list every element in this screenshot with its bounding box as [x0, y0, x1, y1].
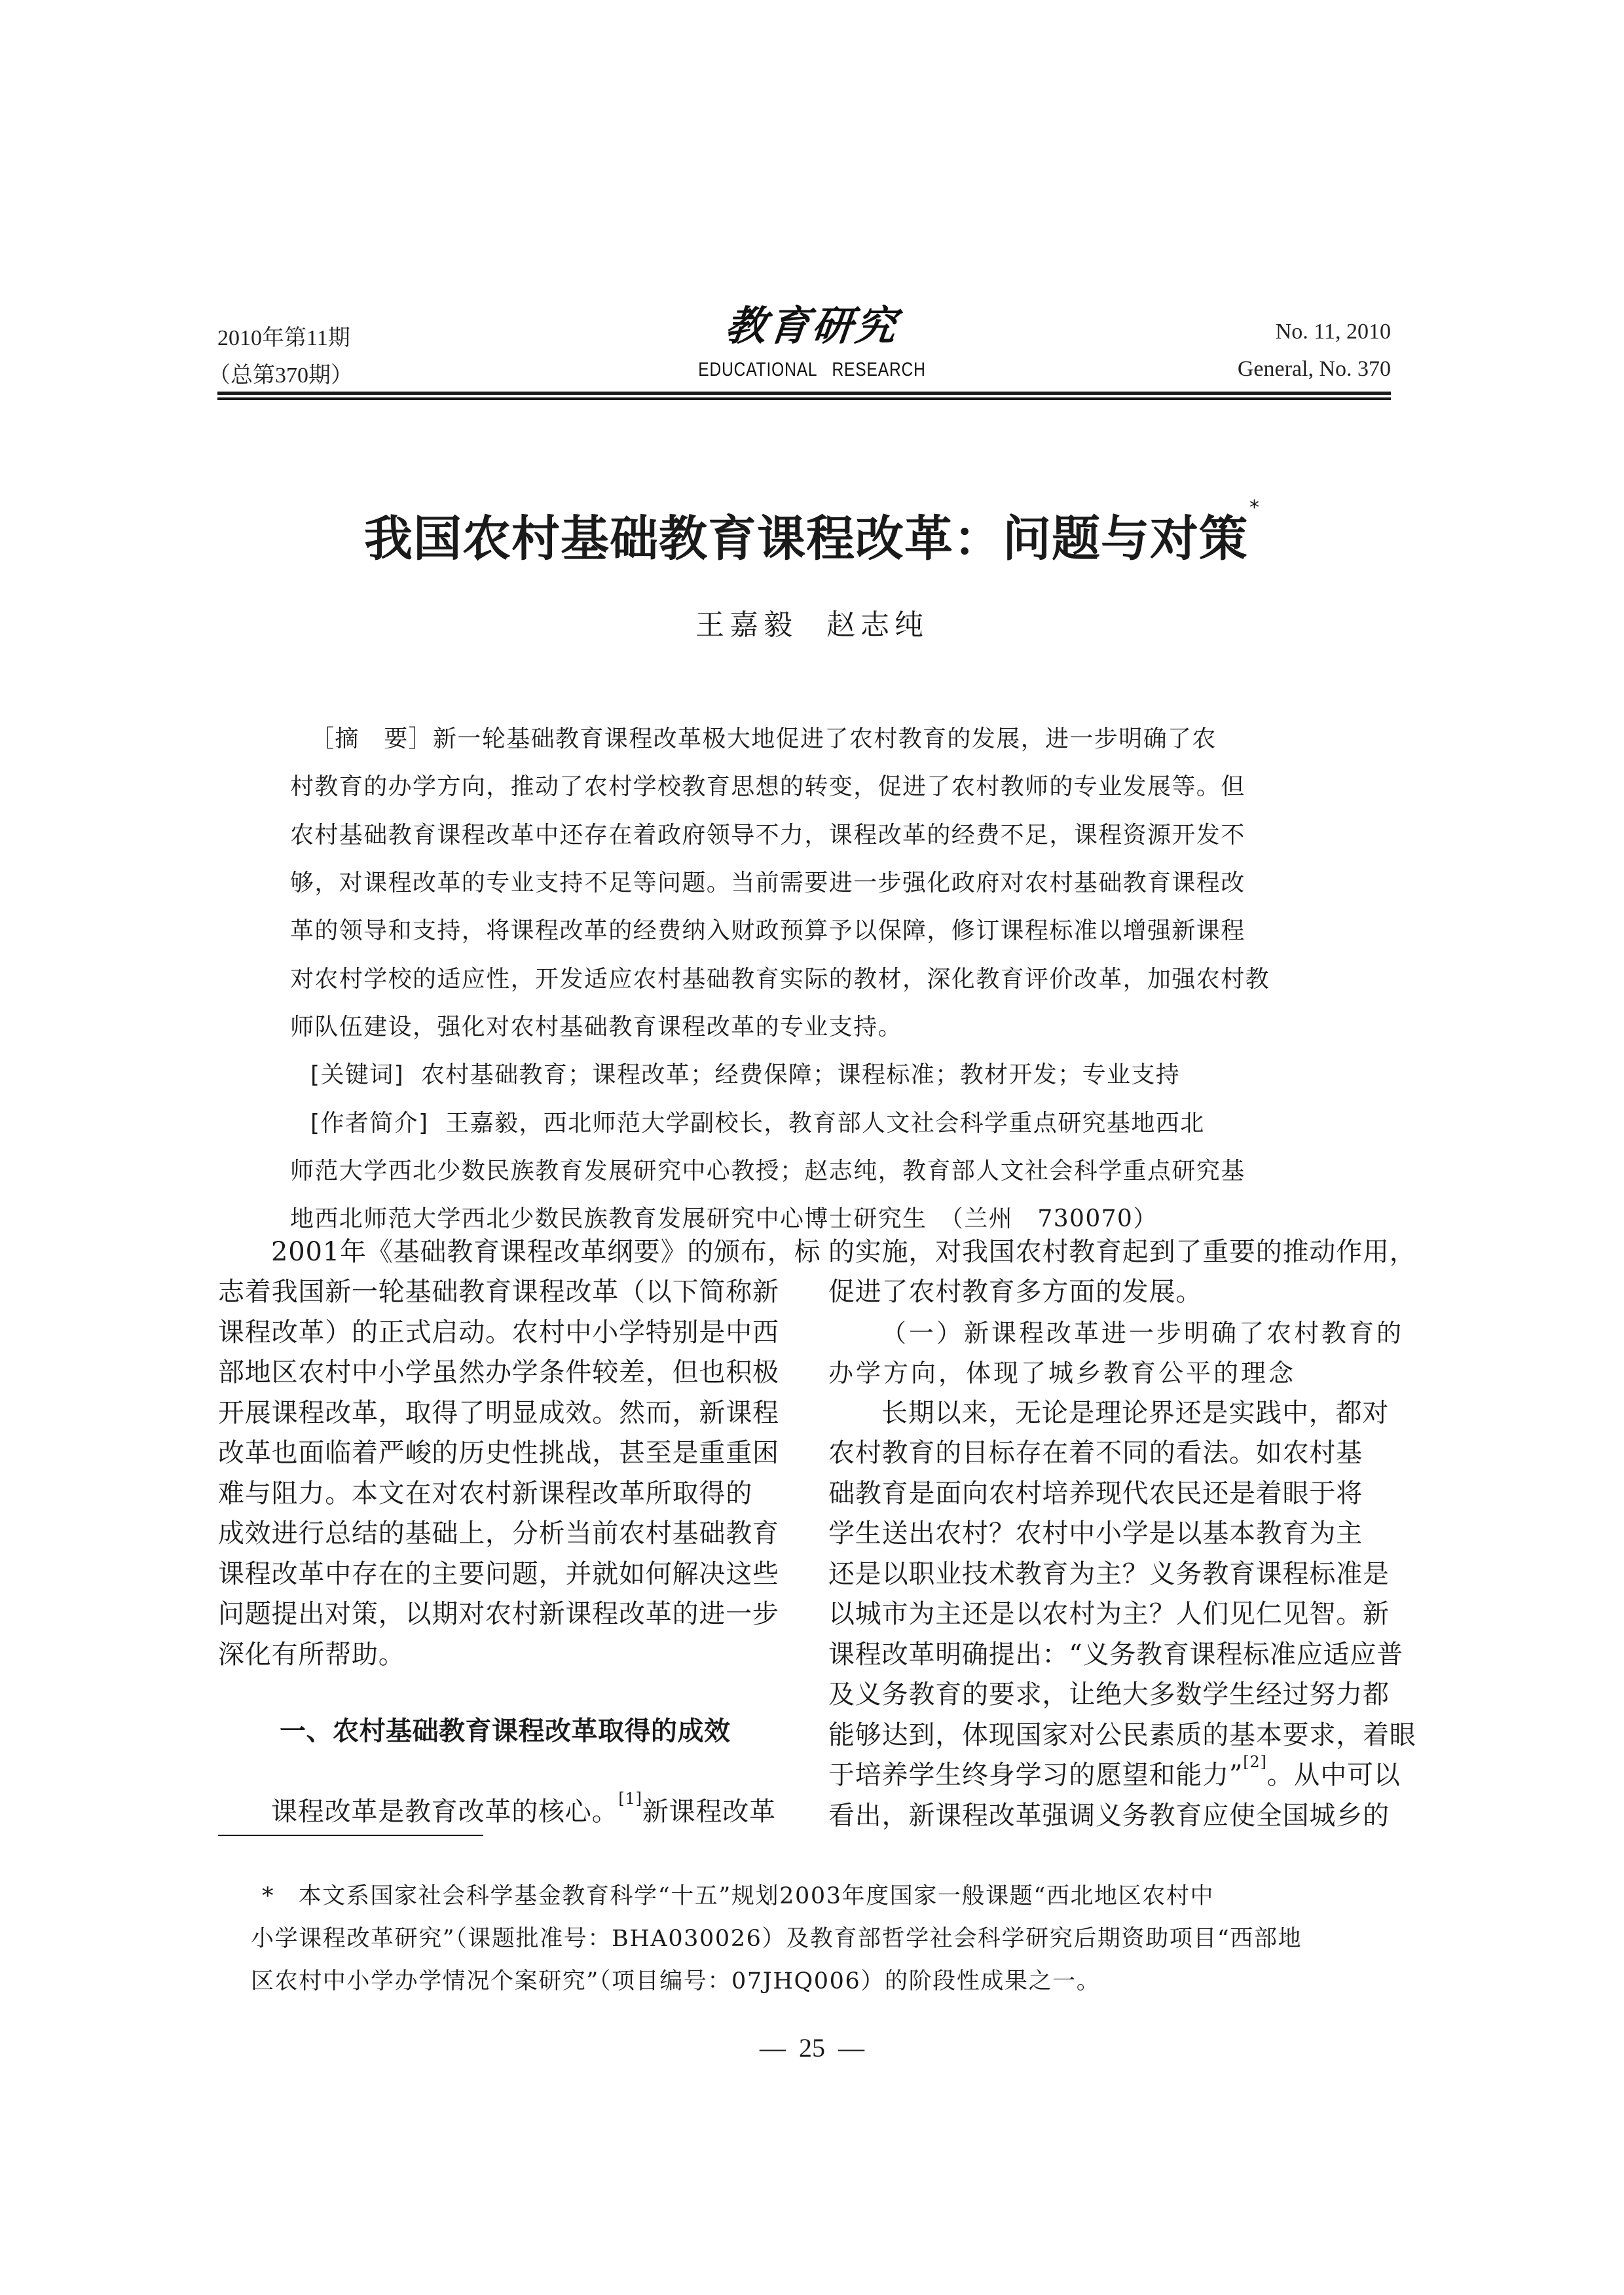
body-text: 于培养学生终身学习的愿望和能力” — [828, 1760, 1243, 1790]
body-line: 能够达到，体现国家对公民素质的基本要求，着眼 — [828, 1714, 1416, 1752]
body-line: 看出，新课程改革强调义务教育应使全国城乡的 — [828, 1795, 1390, 1832]
body-line: 课程改革）的正式启动。农村中小学特别是中西 — [218, 1312, 779, 1349]
citation-ref-1[interactable]: [1] — [618, 1790, 642, 1808]
body-text: 。从中可以 — [1267, 1760, 1401, 1790]
journal-logo: 教育研究 — [655, 303, 969, 350]
header-rule-bottom — [217, 397, 1391, 400]
author-intro-text: 王嘉毅，西北师范大学副校长，教育部人文社会科学重点研究基地西北 — [445, 1110, 1204, 1137]
abstract-text: 新一轮基础教育课程改革极大地促进了农村教育的发展，进一步明确了农 — [433, 725, 1217, 752]
title-footnote-mark: * — [1249, 496, 1260, 519]
body-line: 及义务教育的要求，让绝大多数学生经过努力都 — [828, 1674, 1390, 1711]
footnote-line: 区农村中小学办学情况个案研究”（项目编号：07JHQ006）的阶段性成果之一。 — [251, 1963, 1100, 1996]
body-line: 以城市为主还是以农村为主？人们见仁见智。新 — [828, 1593, 1390, 1630]
subheading-line: 办学方向，体现了城乡教育公平的理念 — [828, 1353, 1296, 1389]
journal-logo-cn: 教育研究 — [652, 303, 972, 350]
body-line: 成效进行总结的基础上，分析当前农村基础教育 — [218, 1513, 779, 1550]
body-line: 还是以职业技术教育为主？义务教育课程标准是 — [828, 1553, 1390, 1590]
keywords-line: [关键词] 农村基础教育；课程改革；经费保障；课程标准；教材开发；专业支持 — [310, 1056, 1180, 1090]
body-line: 开展课程改革，取得了明显成效。然而，新课程 — [218, 1392, 779, 1429]
body-line: 课程改革明确提出：“义务教育课程标准应适应普 — [828, 1634, 1403, 1671]
author-intro-line: 师范大学西北少数民族教育发展研究中心教授；赵志纯，教育部人文社会科学重点研究基 — [290, 1152, 1246, 1186]
body-line: 改革也面临着严峻的历史性挑战，甚至是重重困 — [218, 1432, 779, 1469]
author-intro-label: [作者简介] — [310, 1110, 429, 1137]
section-heading-1: 一、农村基础教育课程改革取得的成效 — [280, 1710, 731, 1748]
total-issue-label-en: General, No. 370 — [1238, 357, 1391, 382]
citation-ref-2[interactable]: [2] — [1243, 1753, 1266, 1771]
abstract-line: 农村基础教育课程改革中还存在着政府领导不力，课程改革的经费不足，课程资源开发不 — [290, 817, 1246, 850]
issue-label-cn: 2010年第11期 — [217, 320, 350, 352]
body-line: 础教育是面向农村培养现代农民还是着眼于将 — [828, 1473, 1363, 1510]
subheading-line: （一）新课程改革进一步明确了农村教育的 — [881, 1313, 1404, 1349]
body-line: 志着我国新一轮基础教育课程改革（以下简称新 — [218, 1271, 779, 1308]
keywords-label: [关键词] — [310, 1061, 404, 1088]
footnote-separator — [218, 1835, 483, 1836]
header-rule-top — [217, 392, 1391, 395]
abstract-line: 革的领导和支持，将课程改革的经费纳入财政预算予以保障，修订课程标准以增强新课程 — [290, 912, 1246, 946]
body-line: 问题提出对策，以期对农村新课程改革的进一步 — [218, 1593, 779, 1630]
body-line: 的实施，对我国农村教育起到了重要的推动作用， — [828, 1231, 1416, 1268]
journal-logo-en: EDUCATIONAL RESEARCH — [673, 359, 951, 381]
body-line: 学生送出农村？农村中小学是以基本教育为主 — [828, 1513, 1363, 1550]
abstract-label: ［摘 要］ — [310, 725, 433, 752]
article-authors: 王嘉毅 赵志纯 — [0, 601, 1624, 643]
body-line: 课程改革是教育改革的核心。[1]新课程改革 — [271, 1791, 776, 1828]
body-line: 促进了农村教育多方面的发展。 — [828, 1271, 1202, 1308]
article-title: 我国农村基础教育课程改革：问题与对策* — [0, 500, 1624, 570]
keywords-text: 农村基础教育；课程改革；经费保障；课程标准；教材开发；专业支持 — [421, 1061, 1180, 1088]
body-line: 课程改革中存在的主要问题，并就如何解决这些 — [218, 1553, 779, 1590]
abstract-line: 够，对课程改革的专业支持不足等问题。当前需要进一步强化政府对农村基础教育课程改 — [290, 864, 1246, 898]
body-text: 新课程改革 — [642, 1797, 776, 1827]
body-line: 深化有所帮助。 — [218, 1634, 405, 1671]
article-title-text: 我国农村基础教育课程改革：问题与对策 — [364, 511, 1248, 567]
body-line: 农村教育的目标存在着不同的看法。如农村基 — [828, 1432, 1363, 1469]
author-intro-line: 地西北师范大学西北少数民族教育发展研究中心博士研究生 （兰州 730070） — [290, 1200, 1158, 1234]
footnote-line: 小学课程改革研究”（课题批准号：BHA030026）及教育部哲学社会科学研究后期… — [251, 1920, 1302, 1953]
body-line: 长期以来，无论是理论界还是实践中，都对 — [881, 1392, 1389, 1429]
footnote-line: * 本文系国家社会科学基金教育科学“十五”规划2003年度国家一般课题“西北地区… — [262, 1878, 1214, 1911]
abstract-line-1: ［摘 要］新一轮基础教育课程改革极大地促进了农村教育的发展，进一步明确了农 — [310, 720, 1217, 754]
author-intro-line-1: [作者简介] 王嘉毅，西北师范大学副校长，教育部人文社会科学重点研究基地西北 — [310, 1105, 1205, 1138]
body-text: 课程改革是教育改革的核心。 — [271, 1797, 618, 1827]
body-line: 部地区农村中小学虽然办学条件较差，但也积极 — [218, 1351, 779, 1389]
page-number: — 25 — — [0, 2032, 1624, 2063]
issue-label-en: No. 11, 2010 — [1276, 320, 1391, 344]
body-line: 于培养学生终身学习的愿望和能力”[2]。从中可以 — [828, 1754, 1401, 1791]
abstract-line: 对农村学校的适应性，开发适应农村基础教育实际的教材，深化教育评价改革，加强农村教 — [290, 961, 1270, 994]
abstract-line: 村教育的办学方向，推动了农村学校教育思想的转变，促进了农村教师的专业发展等。但 — [290, 768, 1246, 801]
total-issue-label-cn: （总第370期） — [208, 357, 353, 389]
body-line: 难与阻力。本文在对农村新课程改革所取得的 — [218, 1473, 752, 1510]
body-line: 2001年《基础教育课程改革纲要》的颁布，标 — [271, 1231, 821, 1268]
abstract-line: 师队伍建设，强化对农村基础教育课程改革的专业支持。 — [290, 1008, 902, 1042]
